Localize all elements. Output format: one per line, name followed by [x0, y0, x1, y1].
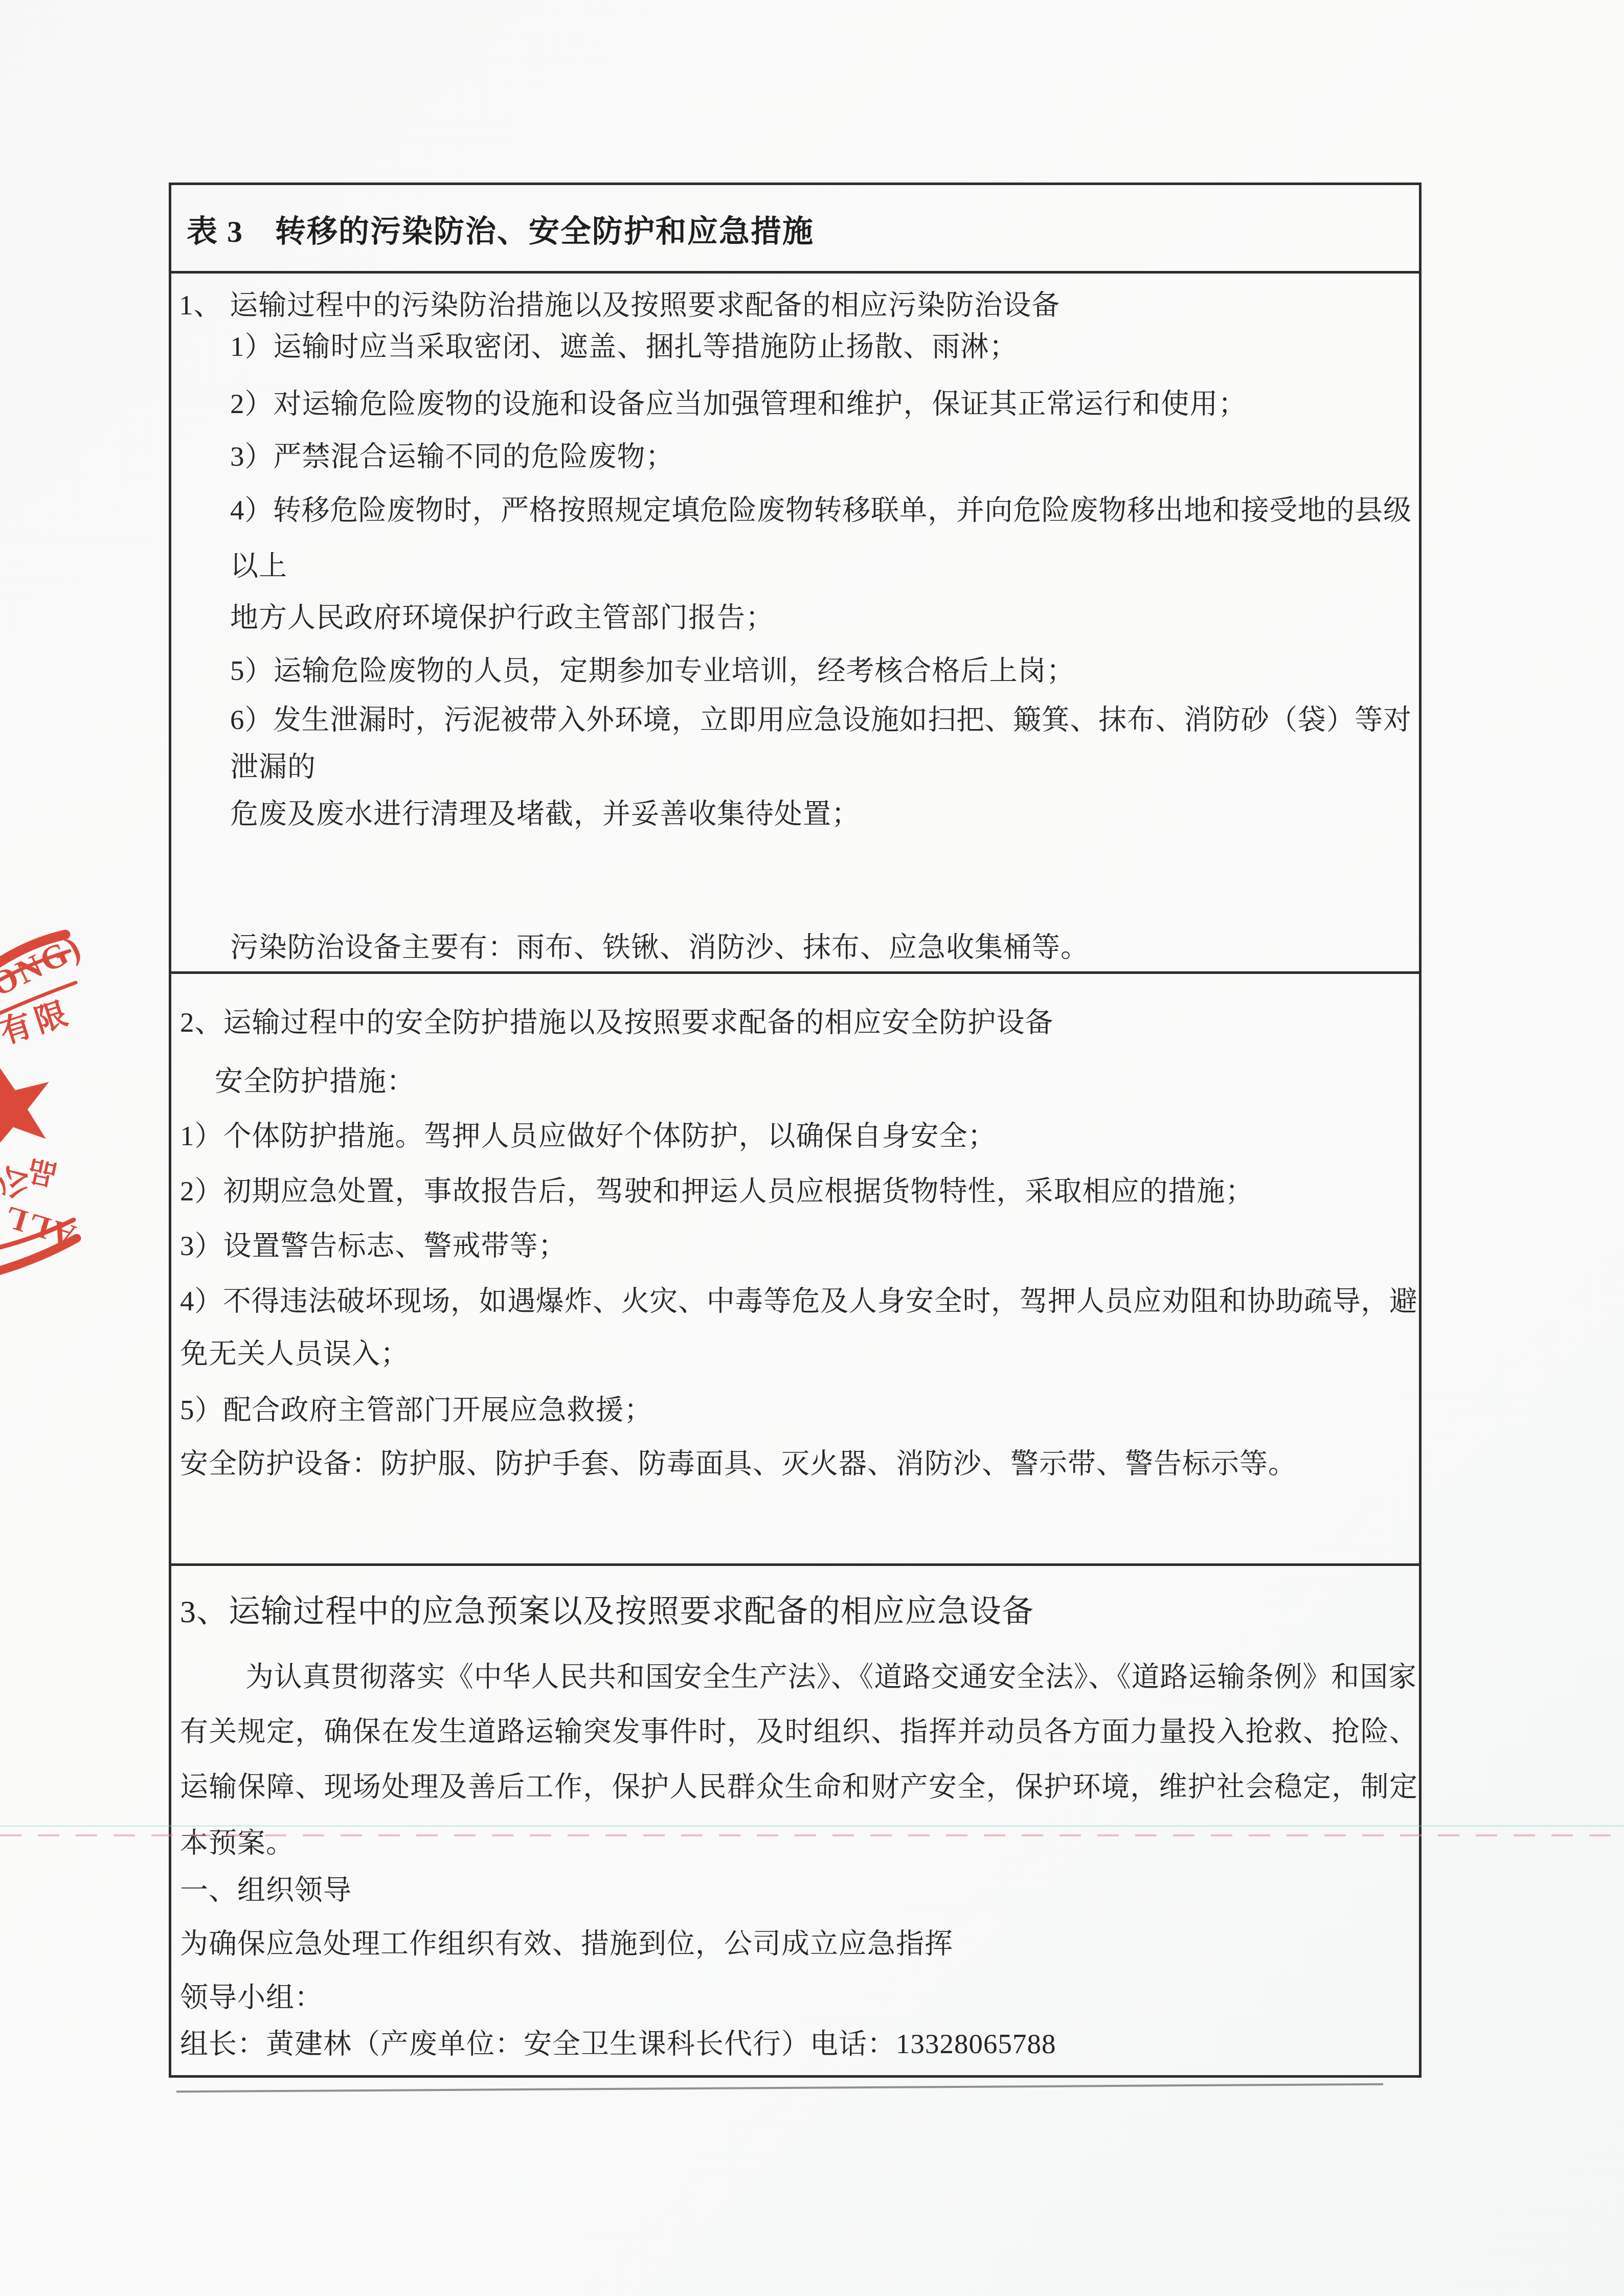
text-line-emergency-plan-6: 一、组织领导 — [180, 1870, 352, 1911]
stamp-text-char-b: 品 — [25, 1153, 60, 1190]
text-line-pollution-prevention-1: 1、 运输过程中的污染防治措施以及按照要求配备的相应污染防治设备 — [179, 285, 1060, 326]
table-row-divider-3 — [169, 1563, 1422, 1566]
scan-fold-line-pink — [0, 1834, 1624, 1836]
text-line-safety-protection-2: 安全防护措施： — [215, 1061, 415, 1102]
text-line-pollution-prevention-6: 以上 — [230, 545, 287, 586]
text-line-pollution-prevention-11: 危废及废水进行清理及堵截，并妥善收集待处置； — [230, 793, 860, 834]
text-line-emergency-plan-2: 为认真贯彻落实《中华人民共和国安全生产法》、《道路交通安全法》、《道路运输条例》… — [245, 1656, 1416, 1697]
text-line-safety-protection-5: 3）设置警告标志、警戒带等； — [180, 1225, 567, 1266]
star-icon — [0, 1050, 63, 1158]
text-line-emergency-plan-1: 3、运输过程中的应急预案以及按照要求配备的相应应急设备 — [180, 1592, 1034, 1632]
text-line-safety-protection-3: 1）个体防护措施。驾押人员应做好个体防护，以确保自身安全； — [180, 1116, 997, 1156]
table-row-divider-2 — [169, 971, 1422, 974]
text-line-pollution-prevention-9: 6）发生泄漏时，污泥被带入外环境，立即用应急设施如扫把、簸箕、抹布、消防砂（袋）… — [230, 699, 1411, 740]
text-line-safety-protection-8: 5）配合政府主管部门开展应急救援； — [180, 1390, 653, 1430]
text-line-emergency-plan-8: 领导小组： — [180, 1977, 323, 2018]
table-title: 表 3 转移的污染防治、安全防护和应急措施 — [187, 211, 814, 252]
text-line-pollution-prevention-3: 2）对运输危险废物的设施和设备应当加强管理和维护，保证其正常运行和使用； — [230, 383, 1247, 424]
text-line-safety-protection-6: 4）不得违法破坏现场，如遇爆炸、火灾、中毒等危及人身安全时，驾押人员应劝阻和协助… — [180, 1281, 1417, 1322]
stamp-text-limited: 有限 — [0, 994, 76, 1051]
text-line-safety-protection-4: 2）初期应急处置，事故报告后，驾驶和押运人员应根据货物特性，采取相应的措施； — [180, 1171, 1254, 1212]
text-line-emergency-plan-7: 为确保应急处理工作组织有效、措施到位，公司成立应急指挥 — [180, 1923, 953, 1964]
text-line-emergency-plan-3: 有关规定，确保在发生道路运输突发事件时，及时组织、指挥并动员各方面力量投入抢救、… — [180, 1711, 1417, 1752]
text-line-pollution-prevention-5: 4）转移危险废物时，严格按照规定填危险废物转移联单，并向危险废物移出地和接受地的… — [230, 490, 1411, 531]
table-row-divider-1 — [169, 271, 1422, 274]
scan-fold-line-cyan — [0, 1825, 1624, 1827]
text-line-safety-protection-7: 免无关人员误入； — [180, 1333, 409, 1374]
table-bottom-ghost-line — [176, 2083, 1383, 2093]
document-page: ONG) 有限 公 品 ALL 表 3 转移的污染防治、安全防护和应急措施 1、… — [0, 0, 1624, 2296]
text-line-emergency-plan-5: 本预案。 — [180, 1823, 295, 1863]
text-line-safety-protection-1: 2、运输过程中的安全防护措施以及按照要求配备的相应安全防护设备 — [180, 1002, 1054, 1043]
text-line-pollution-prevention-10: 泄漏的 — [230, 746, 316, 787]
text-line-emergency-plan-9: 组长：黄建林（产废单位：安全卫生课科长代行）电话：13328065788 — [180, 2024, 1056, 2064]
text-line-pollution-prevention-8: 5）运输危险废物的人员，定期参加专业培训，经考核合格后上岗； — [230, 650, 1075, 691]
text-line-pollution-prevention-7: 地方人民政府环境保护行政主管部门报告； — [230, 597, 774, 638]
text-line-emergency-plan-4: 运输保障、现场处理及善后工作，保护人民群众生命和财产安全，保护环境，维护社会稳定… — [180, 1766, 1417, 1807]
text-line-pollution-prevention-2: 1）运输时应当采取密闭、遮盖、捆扎等措施防止扬散、雨淋； — [230, 326, 1018, 367]
text-line-pollution-prevention-12: 污染防治设备主要有：雨布、铁锹、消防沙、抹布、应急收集桶等。 — [230, 927, 1089, 968]
text-line-safety-protection-9: 安全防护设备：防护服、防护手套、防毒面具、灭火器、消防沙、警示带、警告标示等。 — [180, 1443, 1297, 1484]
text-line-pollution-prevention-4: 3）严禁混合运输不同的危险废物； — [230, 436, 674, 477]
